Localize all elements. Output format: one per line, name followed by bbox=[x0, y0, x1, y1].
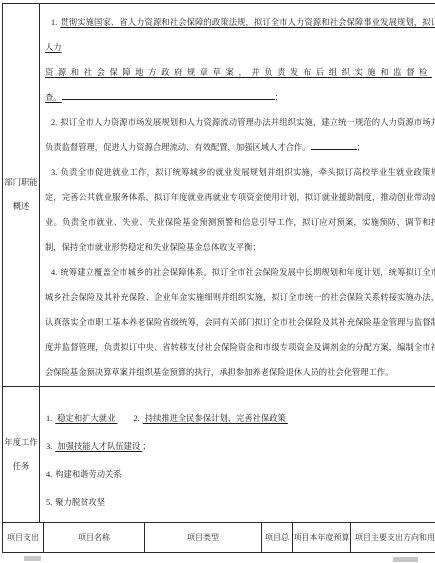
page-edge-artifact bbox=[393, 557, 418, 562]
row-label-line: 部门职能 bbox=[4, 178, 37, 188]
row-label-line: 概述 bbox=[13, 202, 30, 212]
item-number: 1. bbox=[46, 414, 52, 423]
paragraph-text: 资源和社会保障地方政府规章草案，并负责发布后组织实施和监督检 bbox=[45, 68, 432, 77]
project-expenditure-label: 项目支出 bbox=[3, 523, 44, 552]
functions-paragraph: 2.拟订全市人力资源市场发展规划和人力资源流动管理办法并组织实施，建立统一规范的… bbox=[45, 110, 435, 160]
task-text: 聚力脱贫攻坚 bbox=[55, 498, 105, 507]
dept-functions-content: 1.贯彻实施国家、省人力资源和社会保障的政策法规，拟订全市人力资源和社会保障事业… bbox=[40, 4, 435, 386]
paragraph-line: 资源和社会保障地方政府规章草案，并负责发布后组织实施和监督检 bbox=[45, 60, 435, 85]
task-item: 3. 加强技能人才队伍建设 ； bbox=[46, 442, 151, 451]
task-text: 持续推进全民参保计划，完善社保政策 bbox=[143, 414, 288, 423]
annual-tasks-content: 1. 稳定和扩大就业 2. 持续推进全民参保计划，完善社保政策 3. 加强技能人… bbox=[40, 387, 435, 522]
item-number: 4. bbox=[46, 470, 52, 479]
paragraph-text: 统筹建立覆盖全市城乡的社会保障体系。拟订全市社会保险发展中长期规划和年度计划，统… bbox=[45, 268, 435, 377]
item-number: 4. bbox=[51, 268, 57, 277]
item-number: 3. bbox=[51, 168, 57, 177]
column-header: 项目类型 bbox=[145, 523, 262, 552]
item-number: 3. bbox=[46, 442, 52, 451]
task-item: 1. 稳定和扩大就业 bbox=[46, 414, 117, 423]
item-number: 1. bbox=[51, 18, 57, 27]
paragraph-text: 拟订全市人力资源市场发展规划和人力资源流动管理办法并组织实施，建立统一规范的人力… bbox=[45, 118, 435, 152]
task-text: 稳定和扩大就业 bbox=[55, 414, 117, 423]
paragraph-suffix: ； bbox=[357, 143, 365, 152]
task-line: 3. 加强技能人才队伍建设 ； bbox=[46, 433, 435, 461]
task-line: 5.聚力脱贫攻坚 bbox=[46, 489, 435, 517]
task-item: 4.构建和谐劳动关系 bbox=[46, 470, 122, 479]
functions-paragraph: 3.负责全市促进就业工作，拟订统筹城乡的就业发展规划并组织实施，牵头拟订高校毕业… bbox=[45, 160, 435, 260]
paragraph-text: 贯彻实施国家、省人力资源和社会保障的政策法规，拟订全市人力资源和社会保障事业发展… bbox=[45, 18, 435, 52]
column-header: 项目本年度预算 bbox=[293, 523, 351, 552]
project-expenditure-header-row: 项目支出 项目名称项目类型项目总项目本年度预算项目主要支出方向和用 bbox=[3, 523, 435, 552]
paragraph-suffix: ； bbox=[275, 93, 283, 102]
department-summary-table: 部门职能概述 1.贯彻实施国家、省人力资源和社会保障的政策法规，拟订全市人力资源… bbox=[2, 3, 435, 553]
document-page: 部门职能概述 1.贯彻实施国家、省人力资源和社会保障的政策法规，拟订全市人力资源… bbox=[0, 0, 435, 563]
functions-paragraph: 4.统筹建立覆盖全市城乡的社会保障体系。拟订全市社会保险发展中长期规划和年度计划… bbox=[45, 260, 435, 385]
paragraph-text: 查。 bbox=[45, 93, 62, 102]
functions-paragraph: 1.贯彻实施国家、省人力资源和社会保障的政策法规，拟订全市人力资源和社会保障事业… bbox=[45, 10, 435, 110]
task-line: 4.构建和谐劳动关系 bbox=[46, 461, 435, 489]
paragraph-text: 负责全市促进就业工作，拟订统筹城乡的就业发展规划并组织实施，牵头拟订高校毕业生就… bbox=[45, 168, 435, 252]
task-text: 加强技能人才队伍建设 bbox=[55, 442, 142, 451]
annual-tasks-label: 年度工作任务 bbox=[3, 387, 40, 522]
item-number: 5. bbox=[46, 498, 52, 507]
task-item: 2. 持续推进全民参保计划，完善社保政策 bbox=[133, 414, 287, 423]
task-line: 1. 稳定和扩大就业 2. 持续推进全民参保计划，完善社保政策 bbox=[46, 405, 435, 433]
column-header: 项目总 bbox=[262, 523, 293, 552]
task-suffix: ； bbox=[142, 442, 150, 451]
dept-functions-label: 部门职能概述 bbox=[3, 4, 40, 386]
column-header: 项目主要支出方向和用 bbox=[351, 523, 435, 552]
item-number: 2. bbox=[133, 414, 139, 423]
dept-functions-row: 部门职能概述 1.贯彻实施国家、省人力资源和社会保障的政策法规，拟订全市人力资源… bbox=[3, 4, 435, 387]
page-edge-artifact bbox=[24, 556, 41, 561]
task-text: 构建和谐劳动关系 bbox=[55, 470, 121, 479]
column-header: 项目名称 bbox=[44, 523, 145, 552]
fill-in-blank-line bbox=[311, 140, 357, 150]
annual-tasks-row: 年度工作任务 1. 稳定和扩大就业 2. 持续推进全民参保计划，完善社保政策 3… bbox=[3, 387, 435, 523]
row-label-line: 任务 bbox=[13, 462, 30, 472]
item-number: 2. bbox=[51, 118, 57, 127]
paragraph-line: 查。； bbox=[45, 85, 435, 110]
paragraph-line: 1.贯彻实施国家、省人力资源和社会保障的政策法规，拟订全市人力资源和社会保障事业… bbox=[45, 10, 435, 60]
task-item: 5.聚力脱贫攻坚 bbox=[46, 498, 105, 507]
row-label-line: 年度工作 bbox=[4, 438, 37, 448]
fill-in-blank-line bbox=[62, 90, 275, 100]
